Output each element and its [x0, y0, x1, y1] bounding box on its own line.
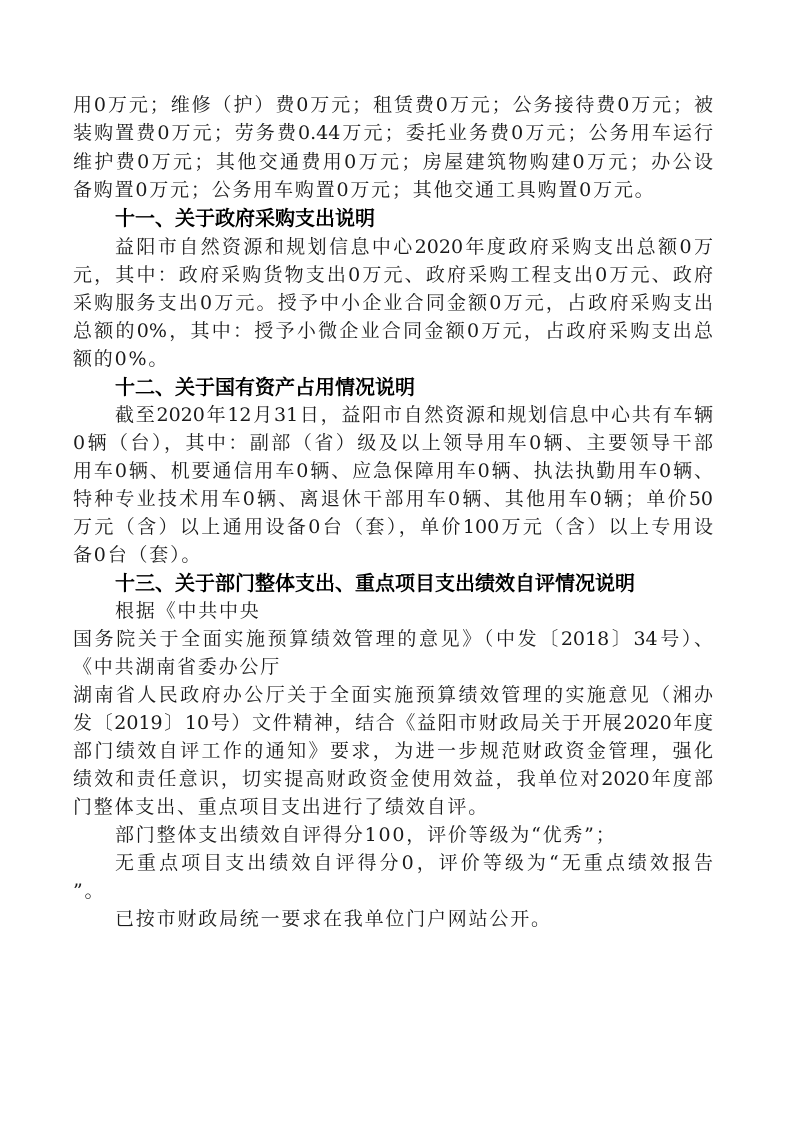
- paragraph-line: 维护费0万元；其他交通费用0万元；房屋建筑物购建0万元；办公设: [73, 148, 713, 176]
- paragraph-line: 部门整体支出绩效自评得分100，评价等级为“优秀”；: [115, 821, 713, 849]
- paragraph-line: 已按市财政局统一要求在我单位门户网站公开。: [115, 905, 713, 933]
- paragraph-line: 0辆（台），其中：副部（省）级及以上领导用车0辆、主要领导干部: [73, 429, 713, 457]
- paragraph-line: ”。: [73, 877, 713, 905]
- section-heading-procurement: 十一、关于政府采购支出说明: [115, 204, 375, 232]
- paragraph-line: 发〔2019〕10号）文件精神，结合《益阳市财政局关于开展2020年度: [73, 709, 713, 737]
- document-page: 用0万元；维修（护）费0万元；租赁费0万元；公务接待费0万元；被 装购置费0万元…: [0, 0, 793, 1122]
- paragraph-line: 采购服务支出0万元。授予中小企业合同金额0万元，占政府采购支出: [73, 289, 713, 317]
- paragraph-line: 益阳市自然资源和规划信息中心2020年度政府采购支出总额0万: [115, 233, 713, 261]
- paragraph-line: 《中共湖南省委办公厅: [73, 653, 713, 681]
- paragraph-line: 用车0辆、机要通信用车0辆、应急保障用车0辆、执法执勤用车0辆、: [73, 457, 713, 485]
- paragraph-line: 备购置0万元；公务用车购置0万元；其他交通工具购置0万元。: [73, 176, 713, 204]
- paragraph-line: 万元（含）以上通用设备0台（套），单价100万元（含）以上专用设: [73, 513, 713, 541]
- paragraph-line: 部门绩效自评工作的通知》要求，为进一步规范财政资金管理，强化: [73, 737, 713, 765]
- paragraph-line: 湖南省人民政府办公厅关于全面实施预算绩效管理的实施意见（湘办: [73, 681, 713, 709]
- paragraph-line: 绩效和责任意识，切实提高财政资金使用效益，我单位对2020年度部: [73, 765, 713, 793]
- paragraph-line: 根据《中共中央: [115, 597, 713, 625]
- paragraph-line: 元，其中：政府采购货物支出0万元、政府采购工程支出0万元、政府: [73, 261, 713, 289]
- paragraph-line: 装购置费0万元；劳务费0.44万元；委托业务费0万元；公务用车运行: [73, 119, 713, 147]
- paragraph-line: 截至2020年12月31日，益阳市自然资源和规划信息中心共有车辆: [115, 401, 713, 429]
- paragraph-line: 总额的0%，其中：授予小微企业合同金额0万元，占政府采购支出总: [73, 317, 713, 345]
- paragraph-line: 额的0%。: [73, 345, 713, 373]
- paragraph-line: 用0万元；维修（护）费0万元；租赁费0万元；公务接待费0万元；被: [73, 91, 713, 119]
- paragraph-line: 国务院关于全面实施预算绩效管理的意见》（中发〔2018〕34号）、: [73, 625, 713, 653]
- paragraph-line: 备0台（套）。: [73, 541, 713, 569]
- paragraph-line: 无重点项目支出绩效自评得分0，评价等级为“无重点绩效报告: [115, 849, 713, 877]
- paragraph-line: 特种专业技术用车0辆、离退休干部用车0辆、其他用车0辆；单价50: [73, 485, 713, 513]
- section-heading-state-assets: 十二、关于国有资产占用情况说明: [115, 373, 415, 401]
- paragraph-line: 门整体支出、重点项目支出进行了绩效自评。: [73, 793, 713, 821]
- section-heading-performance-evaluation: 十三、关于部门整体支出、重点项目支出绩效自评情况说明: [115, 569, 635, 597]
